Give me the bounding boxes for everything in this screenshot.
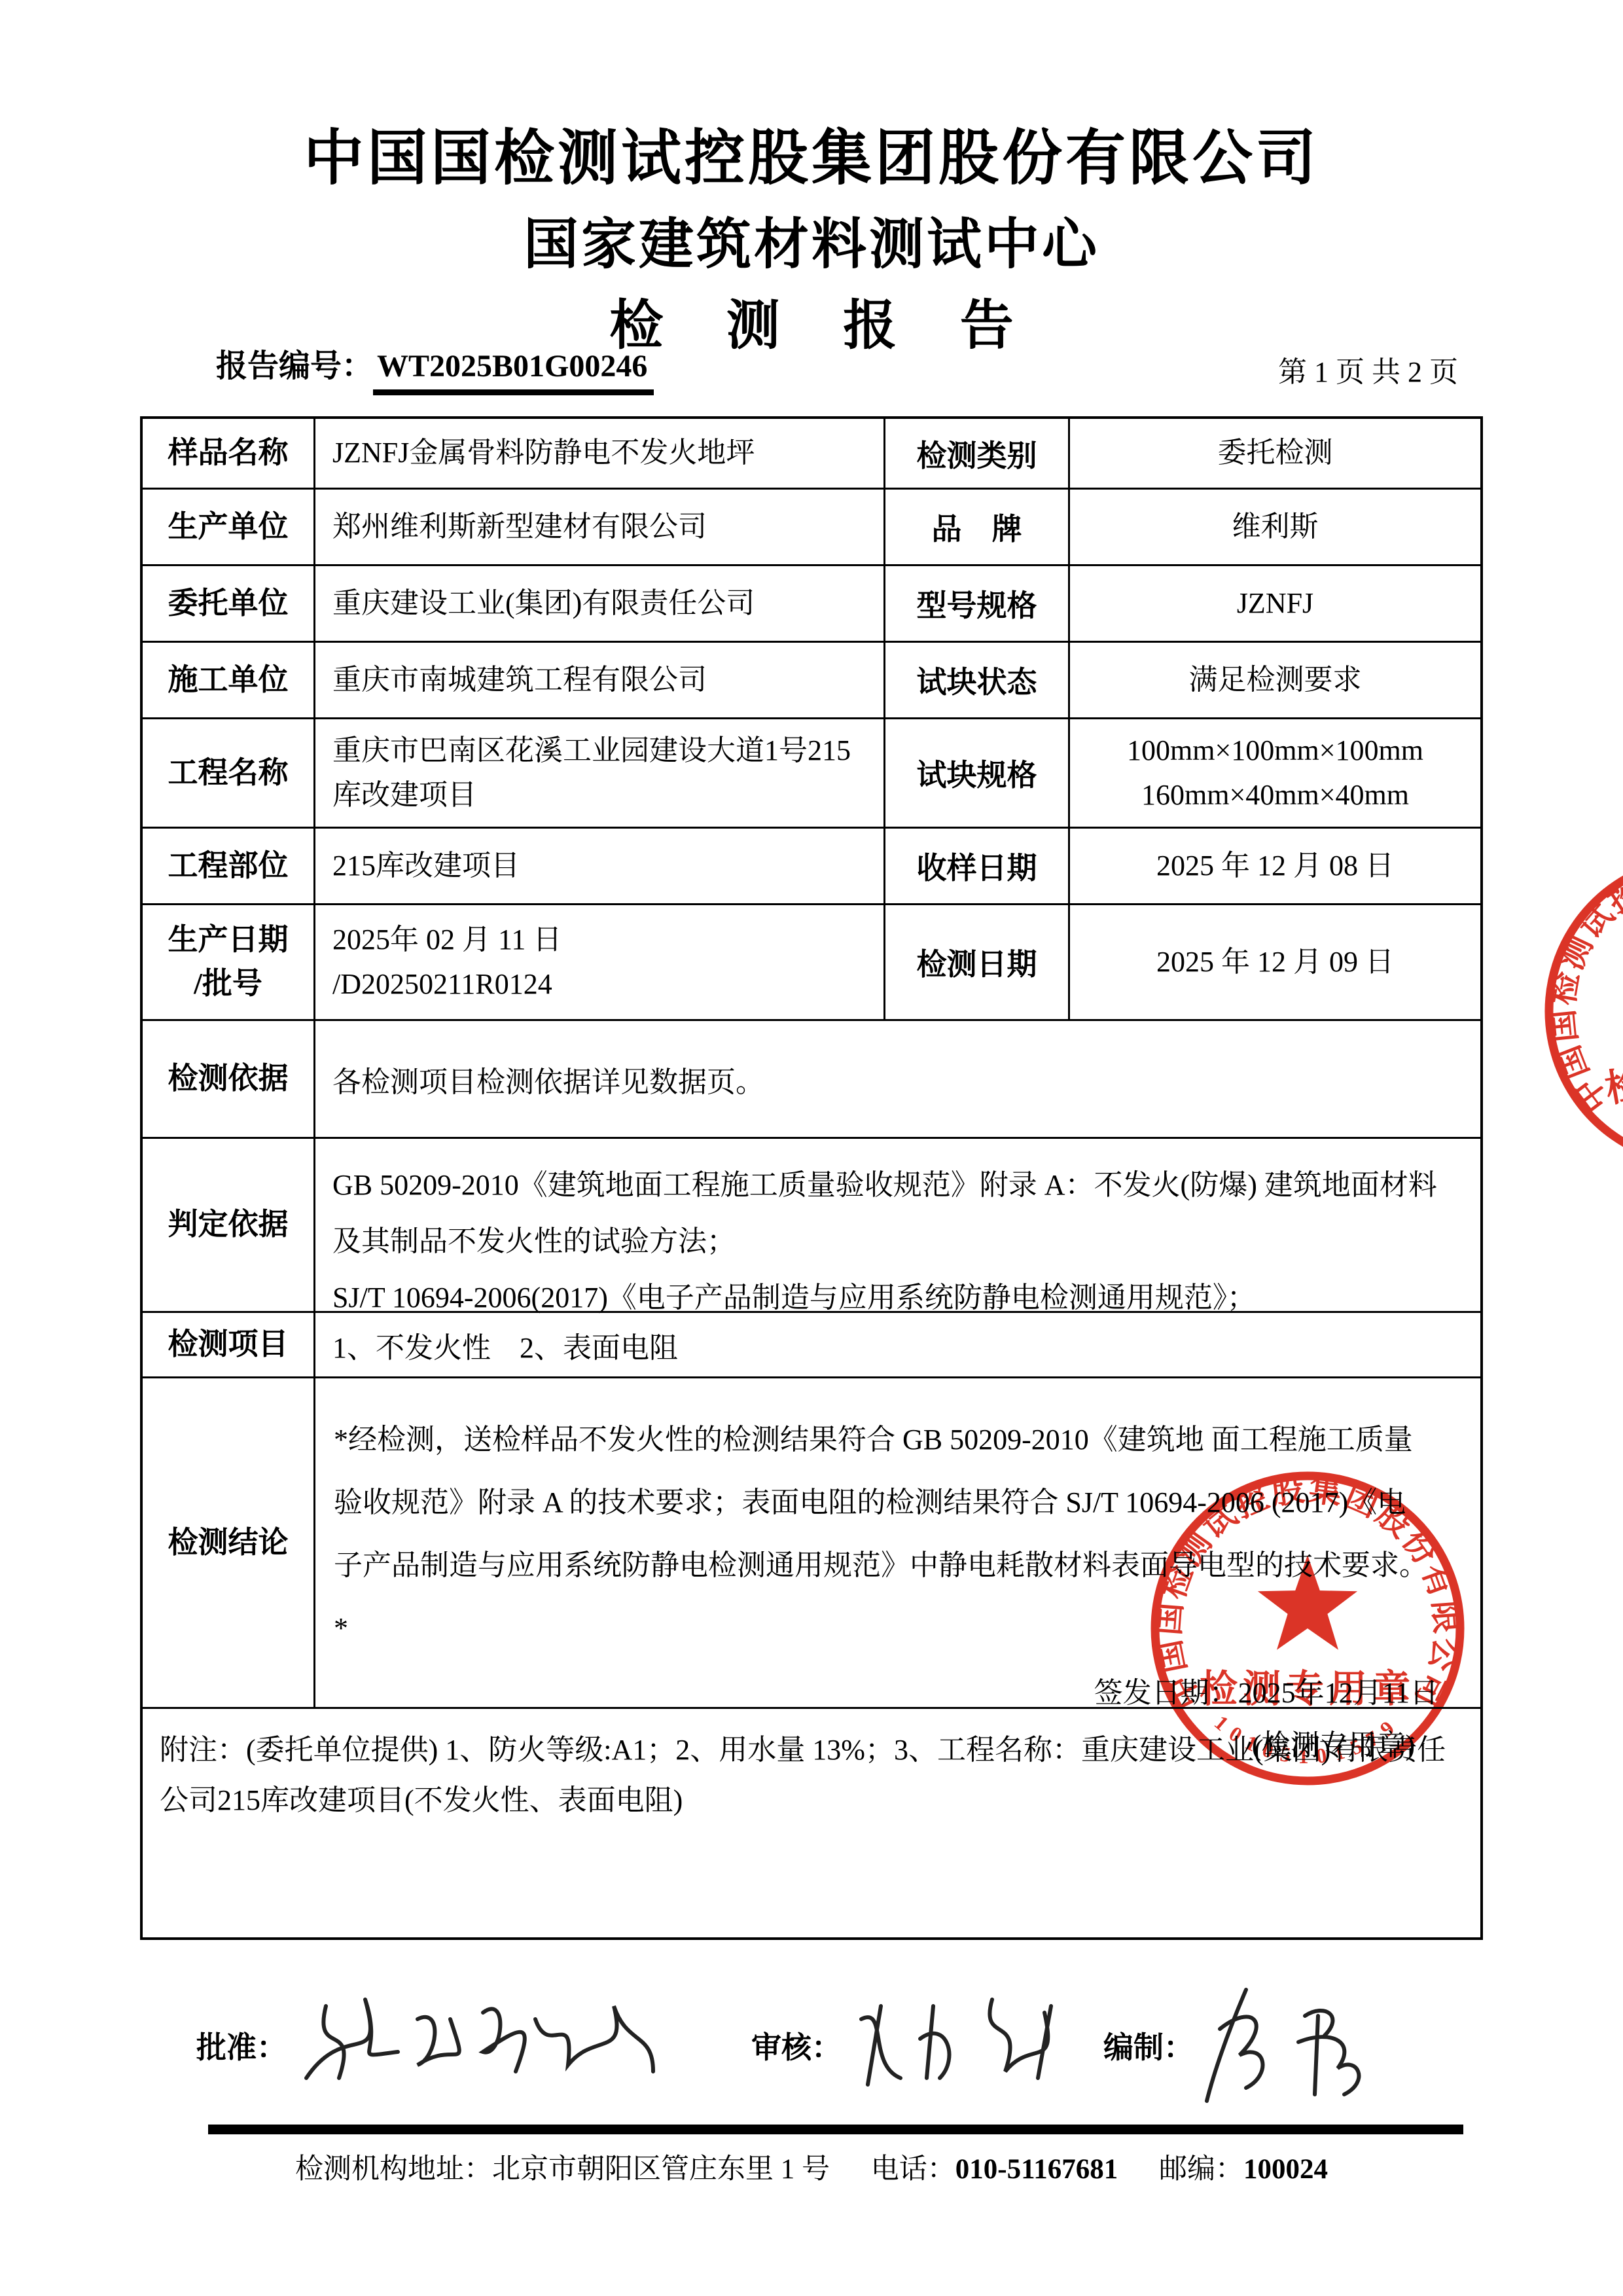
prod-date-label-line1: 生产日期 xyxy=(168,918,289,962)
basis-line-1: GB 50209-2010《建筑地面工程施工质量验收规范》附录 A：不发火(防爆… xyxy=(332,1157,1454,1270)
row-label-2: 检测日期 xyxy=(885,905,1070,1019)
prepare-signature-image xyxy=(1194,1977,1377,2114)
table-row: 生产单位 郑州维利斯新型建材有限公司 品 牌 维利斯 xyxy=(143,490,1480,566)
table-row: 工程部位 215库改建项目 收样日期 2025 年 12 月 08 日 xyxy=(143,829,1480,905)
row-label: 判定依据 xyxy=(143,1139,315,1311)
row-value-2: 维利斯 xyxy=(1070,490,1480,564)
center-title: 国家建筑材料测试中心 xyxy=(0,200,1623,279)
row-value: 215库改建项目 xyxy=(315,829,885,903)
inspection-seal-graphic: 中国国检测试控股集团股份有限公司 检测专用章 10105101579 xyxy=(1137,1458,1478,1799)
row-value-wide: GB 50209-2010《建筑地面工程施工质量验收规范》附录 A：不发火(防爆… xyxy=(315,1139,1480,1311)
footer-phone: 010-51167681 xyxy=(955,2154,1118,2185)
footer-postcode: 100024 xyxy=(1243,2154,1328,2185)
row-value: 重庆市巴南区花溪工业园建设大道1号215库改建项目 xyxy=(315,719,885,827)
row-label: 生产日期 /批号 xyxy=(143,905,315,1019)
row-label-2: 试块规格 xyxy=(885,719,1070,827)
table-row: 施工单位 重庆市南城建筑工程有限公司 试块状态 满足检测要求 xyxy=(143,643,1480,719)
row-label: 工程名称 xyxy=(143,719,315,827)
table-row: 委托单位 重庆建设工业(集团)有限责任公司 型号规格 JZNFJ xyxy=(143,566,1480,643)
row-value: 2025年 02 月 11 日 /D20250211R0124 xyxy=(315,905,885,1019)
row-label-2: 试块状态 xyxy=(885,643,1070,717)
company-title: 中国国检测试控股集团股份有限公司 xyxy=(0,110,1623,196)
row-value: 重庆市南城建筑工程有限公司 xyxy=(315,643,885,717)
table-row: 判定依据 GB 50209-2010《建筑地面工程施工质量验收规范》附录 A：不… xyxy=(143,1139,1480,1313)
row-label: 检测结论 xyxy=(143,1378,315,1707)
row-value-2: 2025 年 12 月 08 日 xyxy=(1070,829,1480,903)
row-value-2: 委托检测 xyxy=(1070,419,1480,488)
row-value: 郑州维利斯新型建材有限公司 xyxy=(315,490,885,564)
table-row: 检测项目 1、不发火性 2、表面电阻 xyxy=(143,1313,1480,1378)
page-info: 第 1 页 共 2 页 xyxy=(1278,348,1458,390)
edge-seal-partial: 中国国检测试控股集团股份有限公司 检测专用章 10105101579 xyxy=(1505,814,1623,1208)
seal-label: 检测专用章 xyxy=(1200,1668,1416,1710)
seal-star xyxy=(1258,1555,1357,1650)
prod-date-line2: /D20250211R0124 xyxy=(332,962,562,1007)
row-value-2: JZNFJ xyxy=(1070,566,1480,641)
row-value: JZNFJ金属骨料防静电不发火地坪 xyxy=(315,419,885,488)
report-number-value: WT2025B01G00246 xyxy=(373,348,654,395)
row-label: 施工单位 xyxy=(143,643,315,717)
row-label: 委托单位 xyxy=(143,566,315,641)
row-value-2: 100mm×100mm×100mm 160mm×40mm×40mm xyxy=(1070,719,1480,827)
report-number-label: 报告编号： xyxy=(216,349,373,384)
footer-postcode-label: 邮编： xyxy=(1159,2154,1243,2185)
row-label: 生产单位 xyxy=(143,490,315,564)
row-value-2: 满足检测要求 xyxy=(1070,643,1480,717)
row-label: 工程部位 xyxy=(143,829,315,903)
report-page: 中国国检测试控股集团股份有限公司 国家建筑材料测试中心 检 测 报 告 报告编号… xyxy=(0,0,1623,2296)
row-label: 样品名称 xyxy=(143,419,315,488)
seal-code: 10105101579 xyxy=(1210,1710,1405,1768)
row-label: 检测依据 xyxy=(143,1021,315,1137)
approve-label: 批准： xyxy=(196,2024,287,2067)
row-label-2: 品 牌 xyxy=(885,490,1070,564)
table-row: 样品名称 JZNFJ金属骨料防静电不发火地坪 检测类别 委托检测 xyxy=(143,419,1480,490)
spec-line-2: 160mm×40mm×40mm xyxy=(1141,773,1409,817)
approve-signature-image xyxy=(287,1980,705,2111)
row-value-2: 2025 年 12 月 09 日 xyxy=(1070,905,1480,1019)
footer-rule xyxy=(208,2125,1463,2134)
footer-phone-label: 电话： xyxy=(871,2154,955,2185)
row-label-2: 检测类别 xyxy=(885,419,1070,488)
spec-line-1: 100mm×100mm×100mm xyxy=(1127,728,1423,773)
signature-row: 批准： 审核： 编制： xyxy=(196,1977,1499,2114)
row-value-wide: 各检测项目检测依据详见数据页。 xyxy=(315,1021,1480,1137)
table-row: 生产日期 /批号 2025年 02 月 11 日 /D20250211R0124… xyxy=(143,905,1480,1021)
row-label-2: 收样日期 xyxy=(885,829,1070,903)
row-value-wide: 1、不发火性 2、表面电阻 xyxy=(315,1313,1480,1376)
prod-date-line1: 2025年 02 月 11 日 xyxy=(332,918,562,962)
inspection-seal: 中国国检测试控股集团股份有限公司 检测专用章 10105101579 xyxy=(1137,1458,1478,1799)
prod-date-label-line2: /批号 xyxy=(168,962,289,1006)
table-row: 工程名称 重庆市巴南区花溪工业园建设大道1号215库改建项目 试块规格 100m… xyxy=(143,719,1480,829)
row-value: 重庆建设工业(集团)有限责任公司 xyxy=(315,566,885,641)
report-number-line: 报告编号：WT2025B01G00246 xyxy=(216,340,654,395)
footer-address-label: 检测机构地址： xyxy=(295,2154,492,2185)
prepare-label: 编制： xyxy=(1103,2024,1194,2067)
row-label: 检测项目 xyxy=(143,1313,315,1376)
review-signature-image xyxy=(842,1980,1077,2111)
footer-address: 北京市朝阳区管庄东里 1 号 xyxy=(492,2154,830,2185)
table-row: 检测依据 各检测项目检测依据详见数据页。 xyxy=(143,1021,1480,1139)
review-label: 审核： xyxy=(751,2024,842,2067)
row-label-2: 型号规格 xyxy=(885,566,1070,641)
edge-seal-graphic: 中国国检测试控股集团股份有限公司 检测专用章 10105101579 xyxy=(1505,814,1623,1208)
footer-contact-line: 检测机构地址：北京市朝阳区管庄东里 1 号 电话：010-51167681 邮编… xyxy=(0,2147,1623,2187)
